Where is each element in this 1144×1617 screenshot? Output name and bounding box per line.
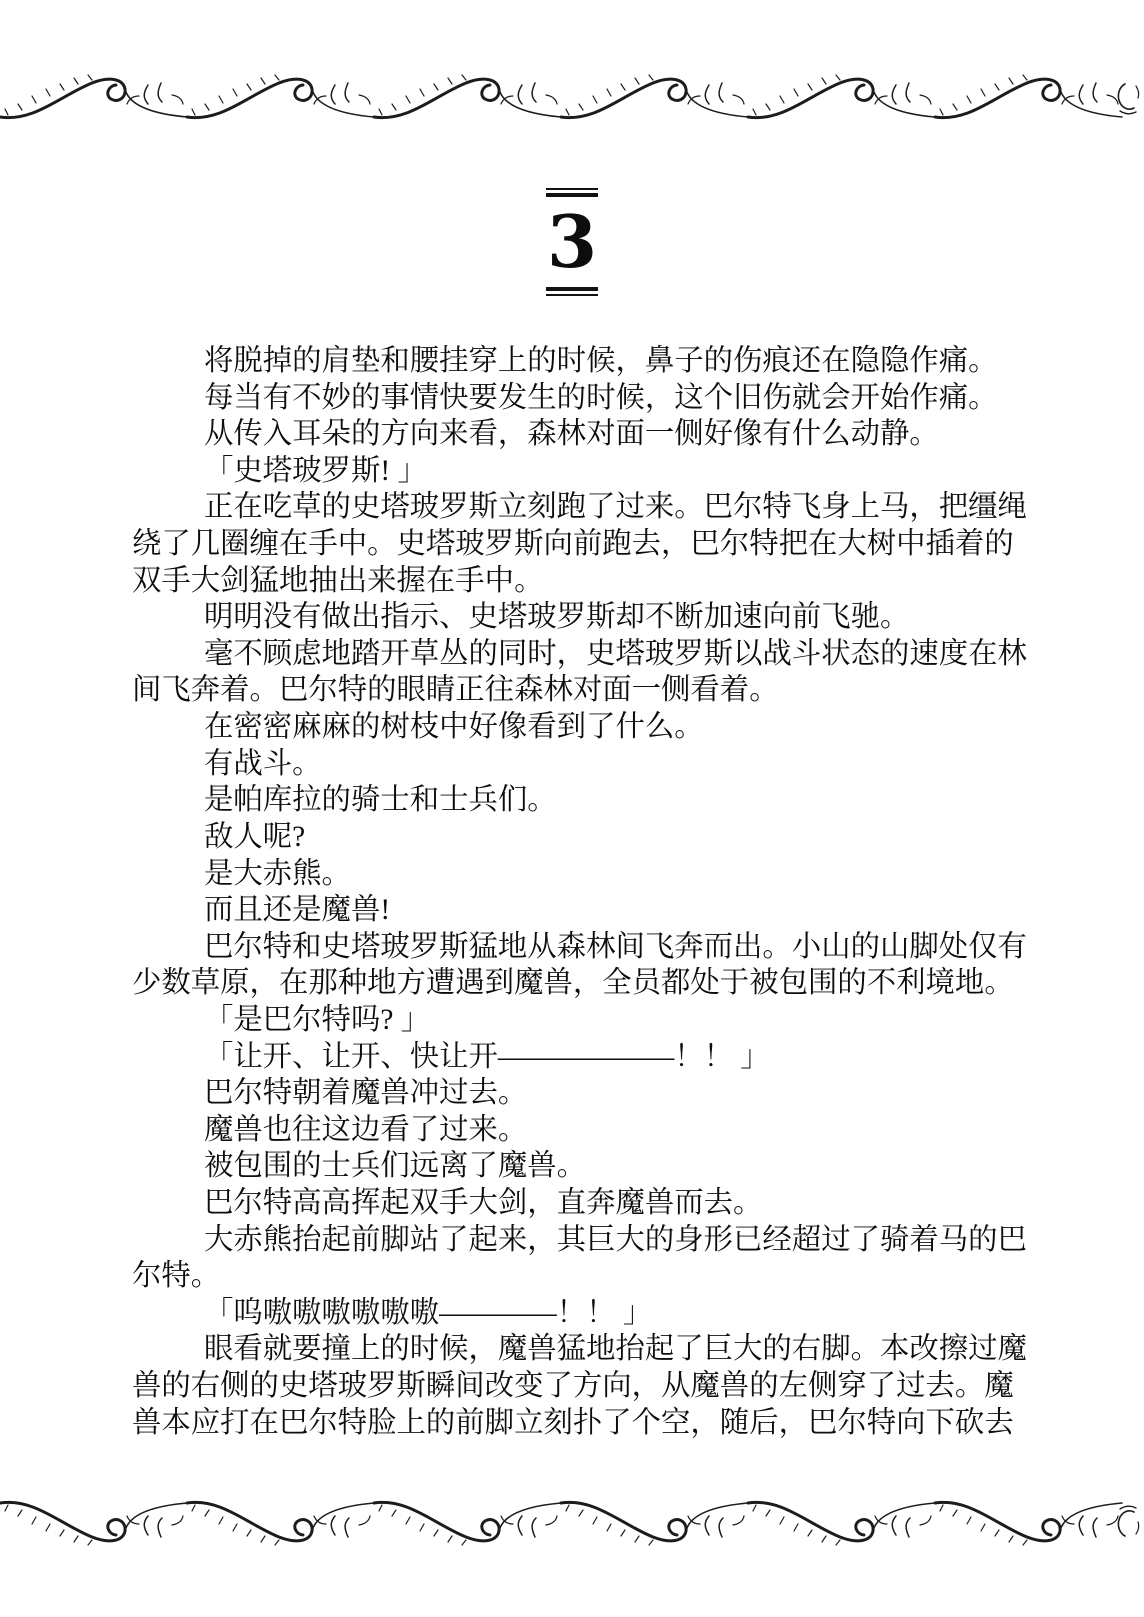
text-line: 大赤熊抬起前脚站了起来，其巨大的身形已经超过了骑着马的巴 bbox=[132, 1222, 1018, 1259]
text-line: 每当有不妙的事情快要发生的时候，这个旧伤就会开始作痛。 bbox=[132, 380, 1018, 417]
novel-page: 3 将脱掉的肩垫和腰挂穿上的时候，鼻子的伤痕还在隐隐作痛。每当有不妙的事情快要发… bbox=[0, 0, 1144, 1617]
text-line: 「让开、让开、快让开——————！！ 」 bbox=[132, 1039, 1018, 1076]
text-line: 在密密麻麻的树枝中好像看到了什么。 bbox=[132, 709, 1018, 746]
body-text: 将脱掉的肩垫和腰挂穿上的时候，鼻子的伤痕还在隐隐作痛。每当有不妙的事情快要发生的… bbox=[132, 343, 1018, 1441]
text-line: 被包围的士兵们远离了魔兽。 bbox=[132, 1148, 1018, 1185]
chapter-heading: 3 bbox=[0, 188, 1144, 296]
text-line: 兽本应打在巴尔特脸上的前脚立刻扑了个空，随后，巴尔特向下砍去 bbox=[132, 1405, 1018, 1442]
text-line: 而且还是魔兽! bbox=[132, 892, 1018, 929]
bottom-ornament-border-icon bbox=[0, 1490, 1144, 1552]
text-line: 巴尔特高高挥起双手大剑，直奔魔兽而去。 bbox=[132, 1185, 1018, 1222]
text-line: 明明没有做出指示、史塔玻罗斯却不断加速向前飞驰。 bbox=[132, 599, 1018, 636]
text-line: 毫不顾虑地踏开草丛的同时，史塔玻罗斯以战斗状态的速度在林 bbox=[132, 636, 1018, 673]
text-line: 双手大剑猛地抽出来握在手中。 bbox=[132, 563, 1018, 600]
text-line: 是帕库拉的骑士和士兵们。 bbox=[132, 782, 1018, 819]
text-line: 「史塔玻罗斯! 」 bbox=[132, 453, 1018, 490]
text-line: 「是巴尔特吗? 」 bbox=[132, 1002, 1018, 1039]
text-line: 巴尔特朝着魔兽冲过去。 bbox=[132, 1075, 1018, 1112]
text-line: 尔特。 bbox=[132, 1258, 1018, 1295]
text-line: 敌人呢? bbox=[132, 819, 1018, 856]
top-ornament-border-icon bbox=[0, 68, 1144, 130]
chapter-rule-top bbox=[546, 188, 598, 197]
text-line: 眼看就要撞上的时候，魔兽猛地抬起了巨大的右脚。本改擦过魔 bbox=[132, 1331, 1018, 1368]
text-line: 从传入耳朵的方向来看，森林对面一侧好像有什么动静。 bbox=[132, 416, 1018, 453]
text-line: 「呜嗷嗷嗷嗷嗷嗷————！！ 」 bbox=[132, 1295, 1018, 1332]
text-line: 少数草原，在那种地方遭遇到魔兽，全员都处于被包围的不利境地。 bbox=[132, 965, 1018, 1002]
text-line: 兽的右侧的史塔玻罗斯瞬间改变了方向，从魔兽的左侧穿了过去。魔 bbox=[132, 1368, 1018, 1405]
text-line: 将脱掉的肩垫和腰挂穿上的时候，鼻子的伤痕还在隐隐作痛。 bbox=[132, 343, 1018, 380]
text-line: 是大赤熊。 bbox=[132, 856, 1018, 893]
text-line: 有战斗。 bbox=[132, 746, 1018, 783]
text-line: 绕了几圈缠在手中。史塔玻罗斯向前跑去，巴尔特把在大树中插着的 bbox=[132, 526, 1018, 563]
text-line: 间飞奔着。巴尔特的眼睛正往森林对面一侧看着。 bbox=[132, 672, 1018, 709]
text-line: 魔兽也往这边看了过来。 bbox=[132, 1112, 1018, 1149]
text-line: 正在吃草的史塔玻罗斯立刻跑了过来。巴尔特飞身上马，把缰绳 bbox=[132, 489, 1018, 526]
text-line: 巴尔特和史塔玻罗斯猛地从森林间飞奔而出。小山的山脚处仅有 bbox=[132, 929, 1018, 966]
chapter-rule-bottom bbox=[546, 287, 598, 296]
chapter-number: 3 bbox=[0, 206, 1144, 278]
